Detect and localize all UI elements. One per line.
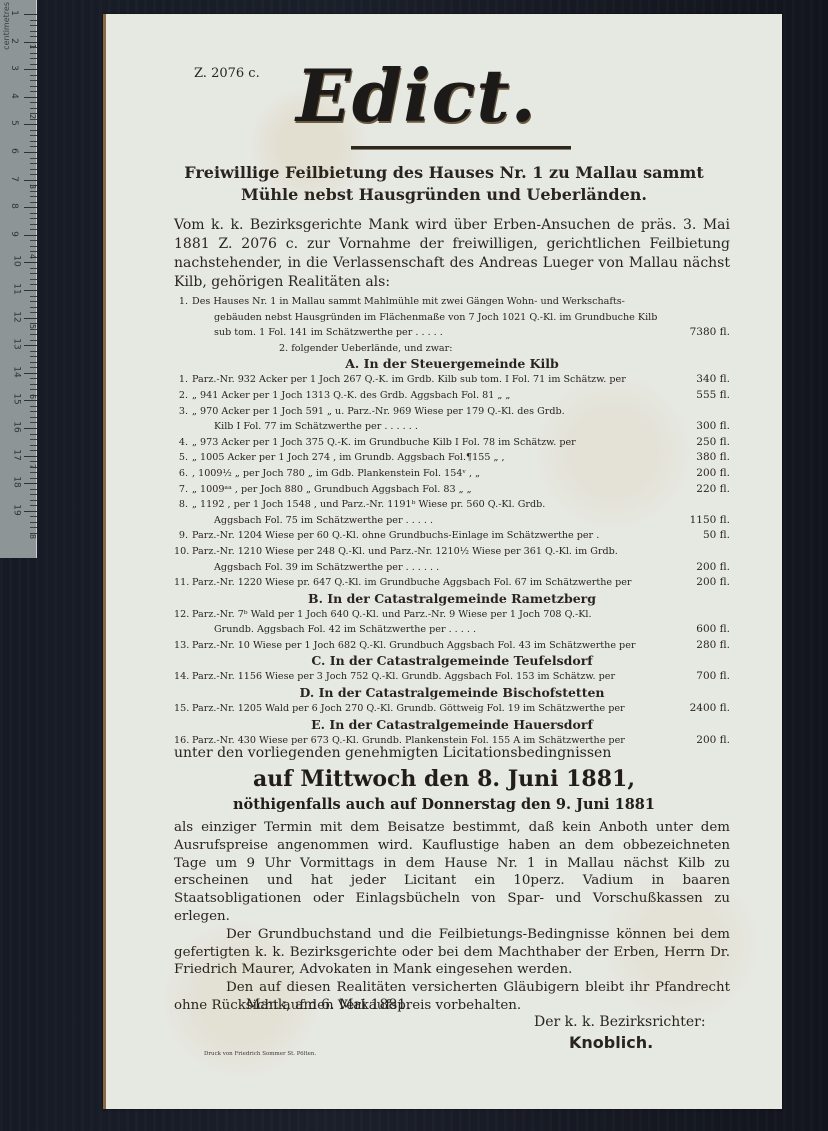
ruler-inch-label: 7 [28,464,37,469]
ruler-mm-tick [30,64,37,65]
ruler-mm-tick [30,356,37,357]
ruler-mm-tick [30,307,37,308]
property-list: 1. Des Hauses Nr. 1 in Mallau sammt Mahl… [174,294,730,748]
ruler-mm-tick [30,58,37,59]
item-number: 14. [174,669,192,685]
item-description: Parz.-Nr. 1204 Wiese per 60 Q.-Kl. ohne … [192,528,668,544]
item-value: 220 fl. [668,482,730,498]
auction-date-alternate: nöthigenfalls auch auf Donnerstag den 9.… [106,796,782,813]
item-value: 280 fl. [668,638,730,654]
list-item-1: 1. Des Hauses Nr. 1 in Mallau sammt Mahl… [174,294,730,310]
item-description: Parz.-Nr. 10 Wiese per 1 Joch 682 Q.-Kl.… [192,638,668,654]
ruler-mm-tick [30,362,37,363]
ruler-mm-tick [30,31,37,32]
ruler-cm-tick [24,483,37,484]
item-description: , 1009½ „ per Joch 780 „ im Gdb. Planken… [192,466,668,482]
item-description: Kilb I Fol. 77 im Schätzwerthe per . . .… [192,419,668,435]
ruler-cm-label: 3 [9,65,19,71]
ruler-mm-tick [30,174,37,175]
item-description: Parz.-Nr. 932 Acker per 1 Joch 267 Q.-K.… [192,372,668,388]
ruler-mm-tick [30,389,37,390]
item-value: 2400 fl. [668,701,730,717]
ruler-mm-tick [30,378,37,379]
ruler-mm-tick [30,351,37,352]
ruler-cm-label: 16 [12,421,22,432]
ruler-mm-tick [30,202,37,203]
list-item: Aggsbach Fol. 75 im Schätzwerthe per . .… [174,513,730,529]
ruler-mm-tick [30,229,37,230]
list-item: Grundb. Aggsbach Fol. 42 im Schätzwerthe… [174,622,730,638]
ruler-cm-tick [24,318,37,319]
ruler-cm-label: 17 [12,449,22,460]
item-description: „ 1009ᵃᵃ , per Joch 880 „ Grundbuch Aggs… [192,482,668,498]
ruler-cm-label: 7 [9,176,19,182]
ruler-mm-tick [30,135,37,136]
section-heading: D. In der Catastralgemeinde Bischofstett… [174,685,730,701]
item-value: 200 fl. [668,733,730,749]
item-description: Parz.-Nr. 1205 Wald per 6 Joch 270 Q.-Kl… [192,701,668,717]
item-number: 6. [174,466,192,482]
list-item: 7.„ 1009ᵃᵃ , per Joch 880 „ Grundbuch Ag… [174,482,730,498]
ruler-mm-tick [30,25,37,26]
ruler-inch-label: 8 [28,534,37,539]
ruler-mm-tick [30,279,37,280]
item-number: 5. [174,450,192,466]
list-item: 3.„ 970 Acker per 1 Joch 591 „ u. Parz.-… [174,404,730,420]
ruler-cm-label: 15 [12,394,22,405]
list-item: 4.„ 973 Acker per 1 Joch 375 Q.-K. im Gr… [174,435,730,451]
item-description: sub tom. 1 Fol. 141 im Schätzwerthe per … [192,325,668,341]
edict-document: Z. 2076 c. Edict. Freiwillige Feilbietun… [103,14,782,1109]
list-item-1-cont: sub tom. 1 Fol. 141 im Schätzwerthe per … [174,325,730,341]
item-number: 9. [174,528,192,544]
list-item: 2.„ 941 Acker per 1 Joch 1313 Q.-K. des … [174,388,730,404]
ruler-mm-tick [30,411,37,412]
list-item: Kilb I Fol. 77 im Schätzwerthe per . . .… [174,419,730,435]
judge-signature: Knoblich. [569,1033,653,1052]
ruler-cm-label: 2 [9,38,19,44]
ruler-inch-label: 3 [28,184,37,189]
ruler-cm-tick [24,180,37,181]
ruler-mm-tick [30,439,37,440]
ruler-mm-tick [30,406,37,407]
conditions-line: unter den vorliegenden genehmigten Licit… [174,745,611,761]
ruler-mm-tick [30,494,37,495]
ruler-cm-tick [24,456,37,457]
item-value: 200 fl. [668,560,730,576]
ruler-cm-label: 12 [12,311,22,322]
document-subtitle: Freiwillige Feilbietung des Hauses Nr. 1… [106,162,782,206]
ruler-mm-tick [30,213,37,214]
item-value: 555 fl. [668,388,730,404]
item-number: 15. [174,701,192,717]
list-item: 8.„ 1192 , per 1 Joch 1548 , und Parz.-N… [174,497,730,513]
item-number: 7. [174,482,192,498]
ruler-mm-tick [30,505,37,506]
measurement-ruler: centimetres 1234567891011121314151617181… [0,0,37,558]
ruler-mm-tick [30,384,37,385]
ruler-cm-tick [24,373,37,374]
ruler-mm-tick [30,417,37,418]
ruler-mm-tick [30,251,37,252]
ruler-mm-tick [30,268,37,269]
item-value: 380 fl. [668,450,730,466]
ruler-cm-label: 6 [9,148,19,154]
ruler-mm-tick [30,301,37,302]
ruler-cm-tick [24,400,37,401]
ruler-cm-label: 5 [9,121,19,127]
ruler-cm-label: 14 [12,366,22,377]
item-value: 7380 fl. [668,325,730,341]
ruler-mm-tick [30,334,37,335]
item-description: „ 1192 , per 1 Joch 1548 , und Parz.-Nr.… [192,497,668,513]
ruler-cm-tick [24,235,37,236]
ruler-mm-tick [30,273,37,274]
item-number: 11. [174,575,192,591]
ruler-cm-label: 19 [12,504,22,515]
ruler-mm-tick [30,80,37,81]
item-number: 10. [174,544,192,560]
ruler-cm-label: 18 [12,476,22,487]
section-heading: E. In der Catastralgemeinde Hauersdorf [174,717,730,733]
ruler-mm-tick [30,36,37,37]
terms-paragraph-1: als einziger Termin mit dem Beisatze bes… [174,819,730,926]
list-item: 15.Parz.-Nr. 1205 Wald per 6 Joch 270 Q.… [174,701,730,717]
list-item: 1.Parz.-Nr. 932 Acker per 1 Joch 267 Q.-… [174,372,730,388]
ruler-inch-label: 1 [28,44,37,49]
item-value: 250 fl. [668,435,730,451]
ruler-mm-tick [30,312,37,313]
ruler-cm-label: 13 [12,338,22,349]
ruler-mm-tick [30,489,37,490]
judge-title: Der k. k. Bezirksrichter: [534,1014,706,1030]
ruler-mm-tick [30,141,37,142]
ruler-mm-tick [30,191,37,192]
ruler-mm-tick [30,340,37,341]
ruler-cm-label: 4 [9,93,19,99]
subtitle-line-1: Freiwillige Feilbietung des Hauses Nr. 1… [106,162,782,184]
item-value: 700 fl. [668,669,730,685]
ruler-cm-tick [24,152,37,153]
item-number: 3. [174,404,192,420]
list-item: 5.„ 1005 Acker per 1 Joch 274 , im Grund… [174,450,730,466]
item-number: 8. [174,497,192,513]
ruler-mm-tick [30,246,37,247]
ruler-cm-label: 9 [9,231,19,237]
ruler-mm-tick [30,516,37,517]
ruler-mm-tick [30,461,37,462]
ruler-mm-tick [30,75,37,76]
auction-date-main: auf Mittwoch den 8. Juni 1881, [106,766,782,792]
item-value: 50 fl. [668,528,730,544]
ruler-cm-tick [24,42,37,43]
item-description: Parz.-Nr. 1210 Wiese per 248 Q.-Kl. und … [192,544,668,560]
item-description: Des Hauses Nr. 1 in Mallau sammt Mahlmüh… [192,294,668,310]
ruler-cm-tick [24,14,37,15]
item-description: „ 970 Acker per 1 Joch 591 „ u. Parz.-Nr… [192,404,668,420]
item-description: gebäuden nebst Hausgründen im Flächenmaß… [192,310,668,326]
ruler-inch-label: 4 [28,254,37,259]
item-number: 1. [174,372,192,388]
ruler-mm-tick [30,434,37,435]
ruler-cm-tick [24,262,37,263]
list-item: 13.Parz.-Nr. 10 Wiese per 1 Joch 682 Q.-… [174,638,730,654]
place-and-date: Mank, am 6. Mai 1881. [246,997,411,1013]
ruler-mm-tick [30,478,37,479]
ruler-mm-tick [30,240,37,241]
item-value: 340 fl. [668,372,730,388]
list-item: Aggsbach Fol. 39 im Schätzwerthe per . .… [174,560,730,576]
ruler-mm-tick [30,196,37,197]
ruler-inch-label: 5 [28,324,37,329]
ruler-mm-tick [30,218,37,219]
ruler-mm-tick [30,472,37,473]
ruler-mm-tick [30,108,37,109]
ruler-cm-tick [24,511,37,512]
ruler-mm-tick [30,422,37,423]
section-heading: A. In der Steuergemeinde Kilb [174,356,730,372]
list-item-1-cont: gebäuden nebst Hausgründen im Flächenmaß… [174,310,730,326]
ruler-mm-tick [30,296,37,297]
section-heading: C. In der Catastralgemeinde Teufelsdorf [174,653,730,669]
terms-paragraph-2: Der Grundbuchstand und die Feilbietungs-… [174,926,730,979]
ruler-cm-tick [24,207,37,208]
item-value: 200 fl. [668,575,730,591]
item-description: Parz.-Nr. 1220 Wiese pr. 647 Q.-Kl. im G… [192,575,668,591]
item-description: Parz.-Nr. 7ᵇ Wald per 1 Joch 640 Q.-Kl. … [192,607,668,623]
ruler-mm-tick [30,163,37,164]
ruler-mm-tick [30,91,37,92]
item-description: „ 941 Acker per 1 Joch 1313 Q.-K. des Gr… [192,388,668,404]
ruler-inch-label: 6 [28,394,37,399]
intro-paragraph: Vom k. k. Bezirksgerichte Mank wird über… [174,216,730,292]
item-description: Parz.-Nr. 1156 Wiese per 3 Joch 752 Q.-K… [192,669,668,685]
ruler-mm-tick [30,158,37,159]
ruler-cm-tick [24,69,37,70]
reference-number: Z. 2076 c. [194,66,260,81]
item-description: Aggsbach Fol. 39 im Schätzwerthe per . .… [192,560,668,576]
list-item: 9.Parz.-Nr. 1204 Wiese per 60 Q.-Kl. ohn… [174,528,730,544]
ruler-mm-tick [30,102,37,103]
item-value: 1150 fl. [668,513,730,529]
section-heading: B. In der Catastralgemeinde Rametzberg [174,591,730,607]
item-number: 12. [174,607,192,623]
item-value: 200 fl. [668,466,730,482]
ruler-mm-tick [30,522,37,523]
ruler-mm-tick [30,445,37,446]
ruler-mm-tick [30,169,37,170]
ruler-cm-label: 10 [12,256,22,267]
ruler-cm-label: 1 [9,10,19,16]
ruler-mm-tick [30,284,37,285]
ruler-inch-label: 2 [28,114,37,119]
item-number: 4. [174,435,192,451]
list-item: 11.Parz.-Nr. 1220 Wiese pr. 647 Q.-Kl. i… [174,575,730,591]
ruler-mm-tick [30,527,37,528]
ruler-cm-tick [24,124,37,125]
ruler-cm-tick [24,97,37,98]
item-number: 1. [174,294,192,310]
sections-container: A. In der Steuergemeinde Kilb1.Parz.-Nr.… [174,356,730,748]
item-description: „ 1005 Acker per 1 Joch 274 , im Grundb.… [192,450,668,466]
ruler-mm-tick [30,146,37,147]
ruler-cm-label: 8 [9,203,19,209]
ruler-mm-tick [30,450,37,451]
document-title: Edict. [296,60,537,132]
ruler-cm-tick [24,290,37,291]
ruler-mm-tick [30,53,37,54]
ruler-cm-tick [24,345,37,346]
item-description: Grundb. Aggsbach Fol. 42 im Schätzwerthe… [192,622,668,638]
ruler-mm-tick [30,500,37,501]
item-value: 600 fl. [668,622,730,638]
list-item: 14.Parz.-Nr. 1156 Wiese per 3 Joch 752 Q… [174,669,730,685]
ruler-cm-tick [24,428,37,429]
item-number: 13. [174,638,192,654]
list-item: 6., 1009½ „ per Joch 780 „ im Gdb. Plank… [174,466,730,482]
ruler-mm-tick [30,367,37,368]
item-2-heading: 2. folgender Ueberlände, und zwar: [174,341,730,357]
title-underline [351,146,571,150]
item-description: „ 973 Acker per 1 Joch 375 Q.-K. im Grun… [192,435,668,451]
ruler-mm-tick [30,224,37,225]
printer-imprint: Druck von Friedrich Sommer St. Pölten. [204,1051,316,1057]
ruler-mm-tick [30,130,37,131]
ruler-mm-tick [30,86,37,87]
ruler-cm-label: 11 [12,283,22,294]
list-item: 12.Parz.-Nr. 7ᵇ Wald per 1 Joch 640 Q.-K… [174,607,730,623]
ruler-mm-tick [30,20,37,21]
subtitle-line-2: Mühle nebst Hausgründen und Ueberländen. [106,184,782,206]
item-value: 300 fl. [668,419,730,435]
item-number: 2. [174,388,192,404]
terms-text: als einziger Termin mit dem Beisatze bes… [174,819,730,1015]
item-description: Aggsbach Fol. 75 im Schätzwerthe per . .… [192,513,668,529]
list-item: 10.Parz.-Nr. 1210 Wiese per 248 Q.-Kl. u… [174,544,730,560]
